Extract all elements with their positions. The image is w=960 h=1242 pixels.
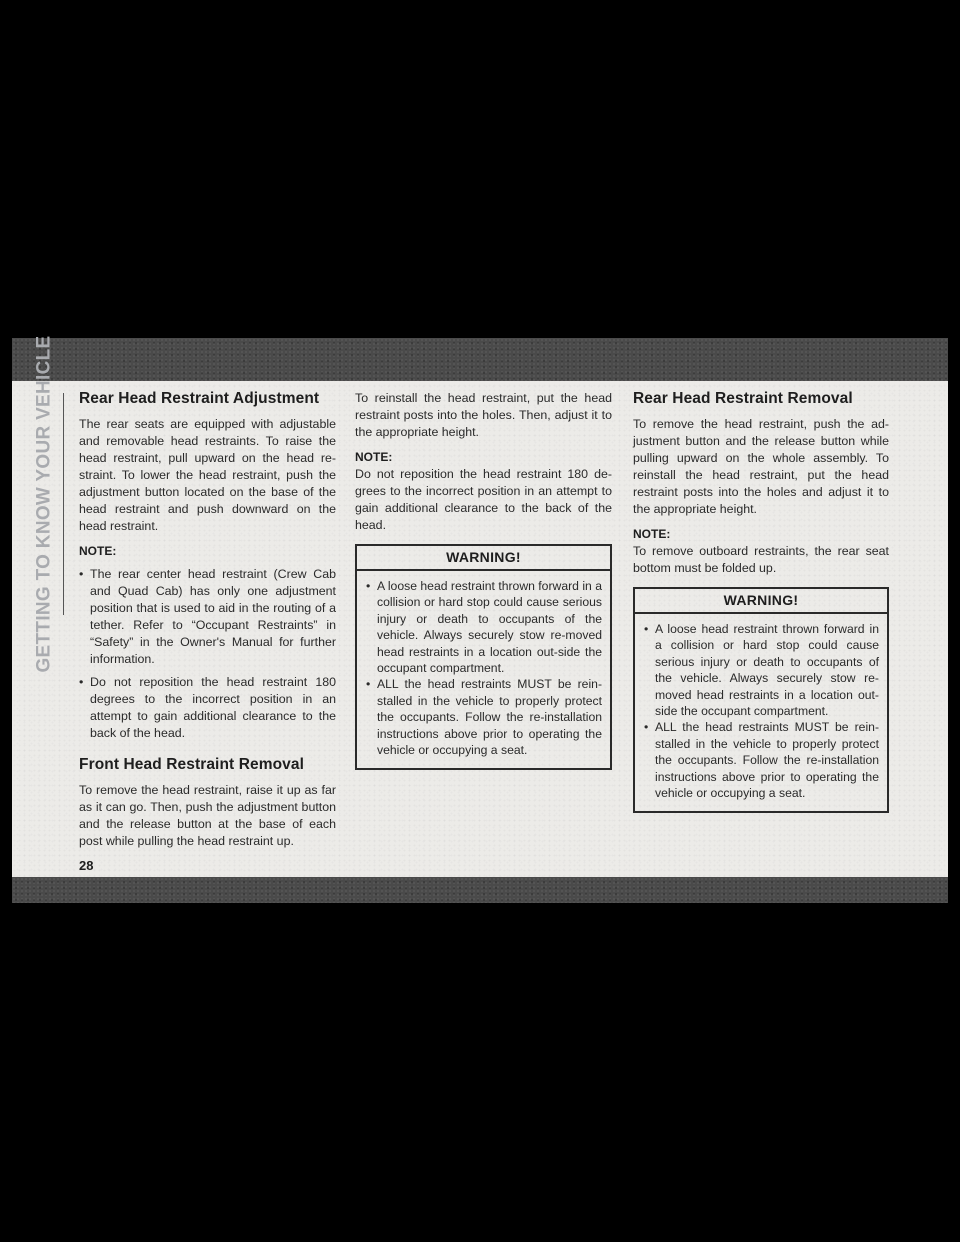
top-texture-band: [12, 338, 948, 381]
note-text: Do not reposition the head restraint 180…: [355, 466, 612, 534]
heading-rear-removal: Rear Head Restraint Removal: [633, 390, 889, 407]
note-text: To remove outboard restraints, the rear …: [633, 543, 889, 577]
note-bullet-list: The rear center head restraint (Crew Cab…: [79, 566, 336, 742]
section-side-label-text: GETTING TO KNOW YOUR VEHICLE: [34, 335, 56, 672]
warning-list: A loose head restraint thrown forward in…: [635, 614, 887, 811]
note-label: NOTE:: [355, 449, 612, 466]
warning-list: A loose head restraint thrown forward in…: [357, 571, 610, 768]
note-label: NOTE:: [79, 543, 336, 560]
column-1: Rear Head Restraint Adjustment The rear …: [79, 390, 336, 858]
warning-title: WARNING!: [635, 589, 887, 614]
warning-item: A loose head restraint thrown forward in…: [644, 621, 879, 719]
paragraph-rear-adjustment: The rear seats are equipped with adjusta…: [79, 416, 336, 535]
heading-rear-adjustment: Rear Head Restraint Adjustment: [79, 390, 336, 407]
warning-item: ALL the head restraints MUST be rein-sta…: [366, 676, 602, 758]
note-label: NOTE:: [633, 526, 889, 543]
note-bullet: The rear center head restraint (Crew Cab…: [79, 566, 336, 668]
warning-box: WARNING! A loose head restraint thrown f…: [355, 544, 612, 770]
column-2: To reinstall the head restraint, put the…: [355, 390, 612, 770]
page-number: 28: [79, 858, 93, 873]
heading-front-removal: Front Head Restraint Removal: [79, 756, 336, 773]
warning-title: WARNING!: [357, 546, 610, 571]
paragraph-rear-removal: To remove the head restraint, push the a…: [633, 416, 889, 518]
note-bullet: Do not reposition the head restraint 180…: [79, 674, 336, 742]
paragraph-front-removal: To remove the head restraint, raise it u…: [79, 782, 336, 850]
warning-box: WARNING! A loose head restraint thrown f…: [633, 587, 889, 813]
paragraph-reinstall: To reinstall the head restraint, put the…: [355, 390, 612, 441]
warning-item: ALL the head restraints MUST be rein-sta…: [644, 719, 879, 801]
bottom-texture-band: [12, 877, 948, 903]
warning-item: A loose head restraint thrown forward in…: [366, 578, 602, 676]
column-3: Rear Head Restraint Removal To remove th…: [633, 390, 889, 813]
section-side-label: GETTING TO KNOW YOUR VEHICLE: [34, 393, 56, 615]
side-divider: [63, 393, 64, 615]
